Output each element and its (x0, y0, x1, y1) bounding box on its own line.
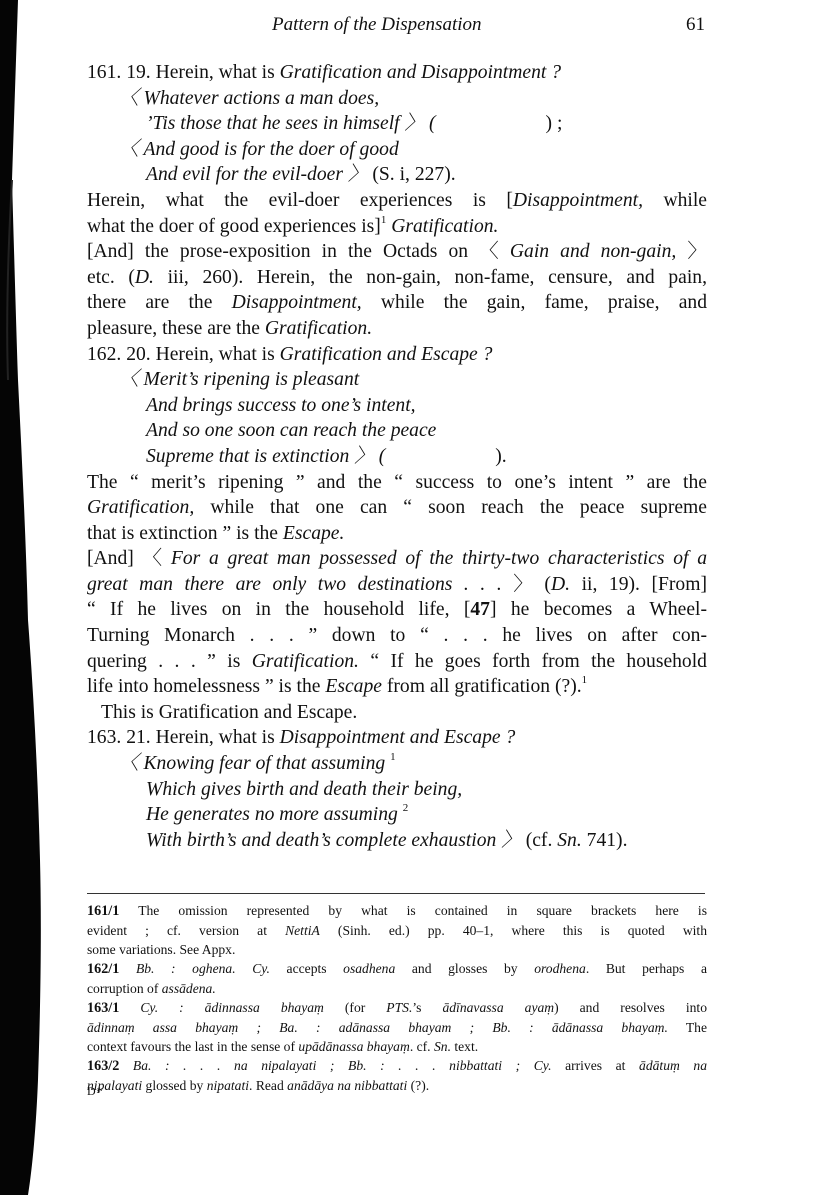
footnote-ref: 2 (403, 802, 409, 814)
page-number: 61 (686, 14, 705, 36)
footnote-line: corruption of assādena. (87, 979, 707, 998)
paragraph-line: pleasure, these are the Gratification. (87, 316, 707, 342)
paragraph-line: Turning Monarch . . . ” down to “ . . . … (87, 623, 707, 649)
footnote-line: evident ; cf. version at NettiA (Sinh. e… (87, 921, 707, 940)
paragraph-line: quering . . . ” is Gratification. “ If h… (87, 649, 707, 675)
verse-line: And brings success to one’s intent, (87, 393, 707, 419)
footnote-161-1: 161/1 The omission represented by what i… (87, 901, 707, 921)
question-161: 161. 19. Herein, what is Gratification a… (87, 60, 707, 86)
book-binding-shadow (0, 0, 50, 1195)
paragraph-line: “ If he lives on in the household life, … (87, 597, 707, 623)
verse-line: ’Tis those that he sees in himself 〉 () … (87, 111, 707, 137)
verse-line: 〈 Knowing fear of that assuming 1 (87, 751, 707, 777)
verse-line: And so one soon can reach the peace (87, 418, 707, 444)
footnotes: 161/1 The omission represented by what i… (87, 901, 707, 1095)
paragraph-line: that is extinction ” is the Escape. (87, 521, 707, 547)
paragraph-line: The “ merit’s ripening ” and the “ succe… (87, 470, 707, 496)
verse-line: Supreme that is extinction 〉 (). (87, 444, 707, 470)
question-162: 162. 20. Herein, what is Gratification a… (87, 342, 707, 368)
paragraph-line: etc. (D. iii, 260). Herein, the non-gain… (87, 265, 707, 291)
closing-line: This is Gratification and Escape. (87, 700, 707, 726)
footnote-rule (87, 893, 705, 894)
verse-line: He generates no more assuming 2 (87, 802, 707, 828)
verse-line: Which gives birth and death their being, (87, 777, 707, 803)
paragraph-line: life into homelessness ” is the Escape f… (87, 674, 707, 700)
footnote-163-1: 163/1 Cy. : ādinnassa bhayaṃ (for PTS.’s… (87, 998, 707, 1018)
verse-line: 〈 And good is for the doer of good (87, 137, 707, 163)
paragraph-line: Gratification, while that one can “ soon… (87, 495, 707, 521)
footnote-162-1: 162/1 Bb. : oghena. Cy. accepts osadhena… (87, 959, 707, 979)
page-marker: 47 (470, 599, 490, 620)
verse-line: And evil for the evil-doer 〉 (S. i, 227)… (87, 162, 707, 188)
footnote-line: some variations. See Appx. (87, 940, 707, 959)
paragraph-line: [And] 〈 For a great man possessed of the… (87, 546, 707, 572)
footnote-163-2: 163/2 Ba. : . . . na nipalayati ; Bb. : … (87, 1056, 707, 1076)
paragraph-line: Herein, what the evil-doer experiences i… (87, 188, 707, 214)
verse-line: 〈 Whatever actions a man does, (87, 86, 707, 112)
paragraph-line: [And] the prose-exposition in the Octads… (87, 239, 707, 265)
main-text: 161. 19. Herein, what is Gratification a… (87, 60, 707, 853)
footnote-ref: 1 (390, 751, 396, 763)
running-title: Pattern of the Dispensation (272, 14, 482, 36)
footnote-ref: 1 (381, 214, 387, 226)
paragraph-line: there are the Disappointment, while the … (87, 290, 707, 316)
verse-line: With birth’s and death’s complete exhaus… (87, 828, 707, 854)
footnote-line: nipalayati glossed by nipatati. Read anā… (87, 1076, 707, 1095)
signature-mark: D* (87, 1084, 104, 1099)
paragraph-line: great man there are only two destination… (87, 572, 707, 598)
verse-line: 〈 Merit’s ripening is pleasant (87, 367, 707, 393)
footnote-ref: 1 (582, 674, 588, 686)
footnote-line: context favours the last in the sense of… (87, 1037, 707, 1056)
footnote-line: ādinnaṃ assa bhayaṃ ; Ba. : adānassa bha… (87, 1018, 707, 1037)
paragraph-line: what the doer of good experiences is]1 G… (87, 214, 707, 240)
running-head: Pattern of the Dispensation 61 (87, 14, 707, 42)
question-163: 163. 21. Herein, what is Disappointment … (87, 725, 707, 751)
